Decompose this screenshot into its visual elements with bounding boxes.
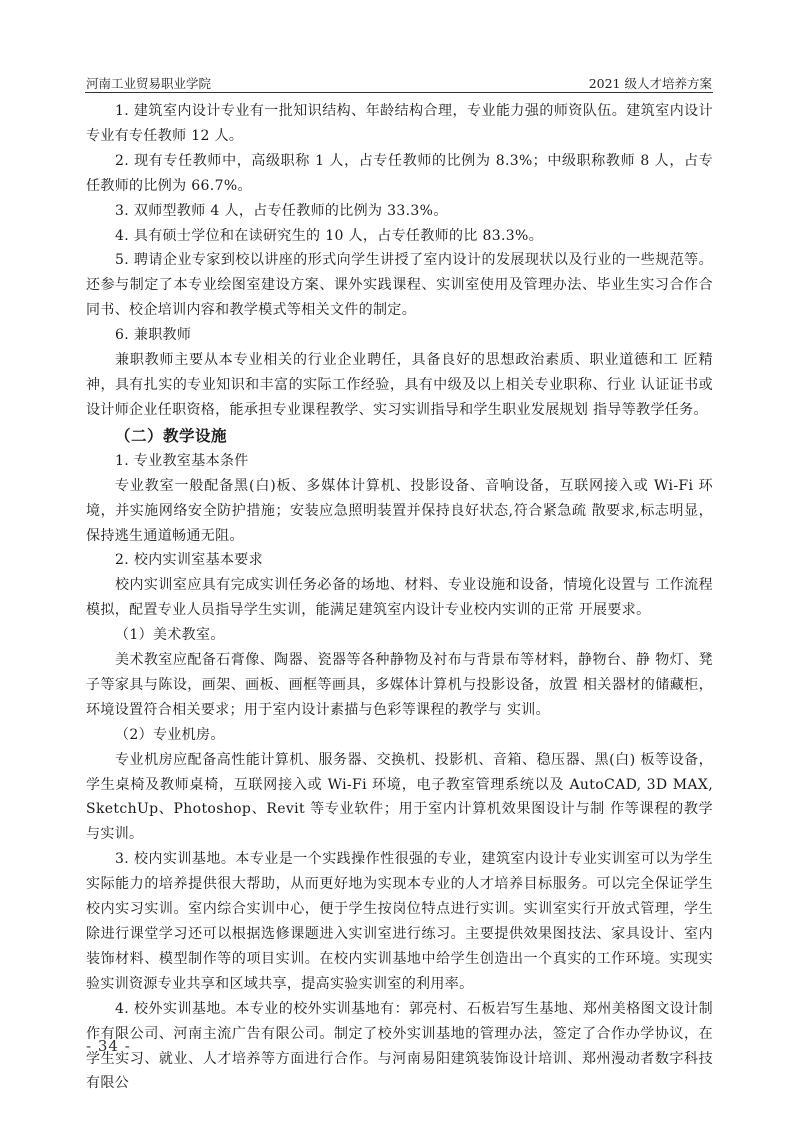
paragraph-on-campus-training-base: 3. 校内实训基地。本专业是一个实践操作性很强的专业，建筑室内设计专业实训室可以… — [86, 847, 713, 996]
subheading-part-time-teachers: 6. 兼职教师 — [86, 323, 713, 348]
page-number: - 34 - — [86, 1037, 131, 1055]
subheading-training-room-requirements: 2. 校内实训室基本要求 — [86, 548, 713, 573]
section-heading-teaching-facilities: （二）教学设施 — [86, 423, 713, 449]
paragraph-classroom-conditions: 专业教室一般配备黑(白)板、多媒体计算机、投影设备、音响设备，互联网接入或 Wi… — [86, 474, 713, 549]
header-divider — [85, 92, 713, 93]
paragraph-art-classroom: 美术教室应配备石膏像、陶器、瓷器等各种静物及衬布与背景布等材料，静物台、静 物灯… — [86, 648, 713, 723]
paragraph-teachers-3: 3. 双师型教师 4 人，占专任教师的比例为 33.3%。 — [86, 199, 713, 224]
page-header: 河南工业贸易职业学院 2021 级人才培养方案 — [86, 74, 712, 92]
paragraph-training-room-requirements: 校内实训室应具有完成实训任务必备的场地、材料、专业设施和设备，情境化设置与 工作… — [86, 573, 713, 623]
paragraph-computer-lab: 专业机房应配备高性能计算机、服务器、交换机、投影机、音箱、稳压器、黑(白) 板等… — [86, 748, 713, 848]
subheading-computer-lab: （2）专业机房。 — [86, 723, 713, 748]
paragraph-teachers-5: 5. 聘请企业专家到校以讲座的形式向学生讲授了室内设计的发展现状以及行业的一些规… — [86, 248, 713, 323]
header-institution: 河南工业贸易职业学院 — [86, 74, 211, 92]
paragraph-teachers-4: 4. 具有硕士学位和在读研究生的 10 人，占专任教师的比 83.3%。 — [86, 224, 713, 249]
header-document-title: 2021 级人才培养方案 — [589, 74, 712, 92]
paragraph-part-time-teachers: 兼职教师主要从本专业相关的行业企业聘任，具备良好的思想政治素质、职业道德和工 匠… — [86, 348, 713, 423]
paragraph-off-campus-training-base: 4. 校外实训基地。本专业的校外实训基地有：郭亮村、石板岩写生基地、郑州美格图文… — [86, 997, 713, 1097]
subheading-art-classroom: （1）美术教室。 — [86, 623, 713, 648]
paragraph-teachers-1: 1. 建筑室内设计专业有一批知识结构、年龄结构合理，专业能力强的师资队伍。建筑室… — [86, 99, 713, 149]
page-body: 1. 建筑室内设计专业有一批知识结构、年龄结构合理，专业能力强的师资队伍。建筑室… — [86, 99, 713, 1096]
subheading-classroom-conditions: 1. 专业教室基本条件 — [86, 449, 713, 474]
paragraph-teachers-2: 2. 现有专任教师中，高级职称 1 人，占专任教师的比例为 8.3%；中级职称教… — [86, 149, 713, 199]
